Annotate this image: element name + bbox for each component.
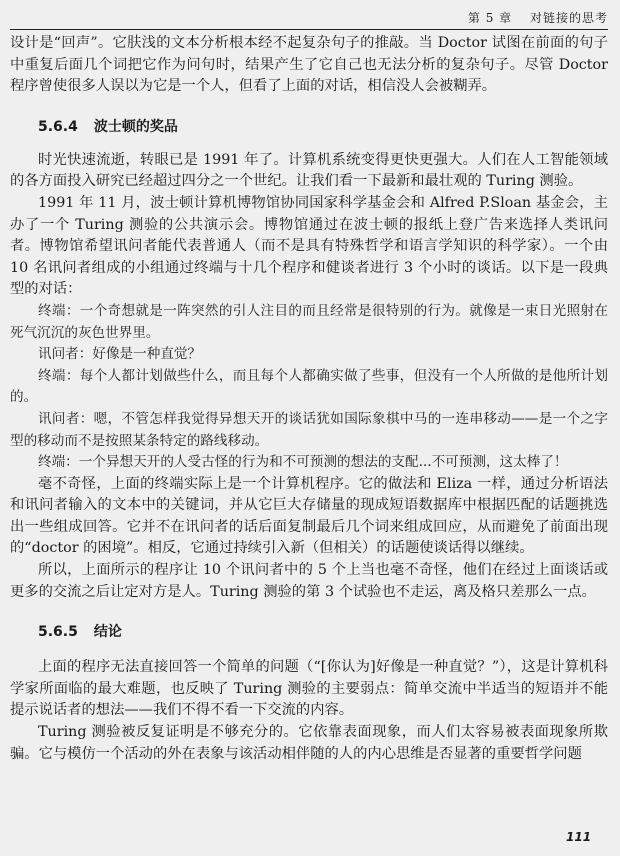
section-number: 5.6.5 bbox=[38, 624, 78, 640]
paragraph-continued: 设计是“回声”。它肤浅的文本分析根本经不起复杂句子的推敲。当 Doctor 试图… bbox=[10, 33, 608, 98]
dialog-line-interrogator: 讯问者：好像是一种直觉？ bbox=[10, 344, 608, 366]
chapter-number: 第 5 章 bbox=[468, 11, 512, 25]
dialog-line-interrogator: 讯问者：嗯，不管怎样我觉得异想天开的谈话犹如国际象棋中马的一连串移动——是一个之… bbox=[10, 409, 608, 452]
paragraph: Turing 测验被反复证明是不够充分的。它依靠表面现象，而人们太容易被表面现象… bbox=[10, 722, 608, 765]
section-heading-5-6-4: 5.6.4波士顿的奖品 bbox=[10, 116, 608, 136]
paragraph: 所以，上面所示的程序让 10 个讯问者中的 5 个上当也毫不奇怪，他们在经过上面… bbox=[10, 560, 608, 603]
page-number: 111 bbox=[566, 830, 591, 844]
dialog-line-terminal: 终端：每个人都计划做些什么，而且每个人都确实做了些事，但没有一个人所做的是他所计… bbox=[10, 366, 608, 409]
paragraph: 时光快速流逝，转眼已是 1991 年了。计算机系统变得更快更强大。人们在人工智能… bbox=[10, 150, 608, 193]
running-head: 第 5 章 对链接的思考 bbox=[10, 9, 608, 30]
paragraph: 上面的程序无法直接回答一个简单的问题（“[你认为]好像是一种直觉？”），这是计算… bbox=[10, 657, 608, 722]
section-title: 结论 bbox=[94, 624, 122, 640]
chapter-title: 对链接的思考 bbox=[530, 11, 608, 25]
dialog-line-terminal: 终端：一个奇想就是一阵突然的引人注目的而且经常是很特别的行为。就像是一束日光照射… bbox=[10, 301, 608, 344]
section-number: 5.6.4 bbox=[38, 119, 78, 135]
section-title: 波士顿的奖品 bbox=[94, 119, 178, 135]
page-body: 设计是“回声”。它肤浅的文本分析根本经不起复杂句子的推敲。当 Doctor 试图… bbox=[10, 33, 608, 765]
section-heading-5-6-5: 5.6.5结论 bbox=[10, 621, 608, 641]
paragraph: 毫不奇怪，上面的终端实际上是一个计算机程序。它的做法和 Eliza 一样，通过分… bbox=[10, 474, 608, 560]
paragraph: 1991 年 11 月，波士顿计算机博物馆协同国家科学基金会和 Alfred P… bbox=[10, 193, 608, 301]
dialog-line-terminal: 终端：一个异想天开的人受古怪的行为和不可预测的想法的支配...不可预测，这太棒了… bbox=[10, 452, 608, 474]
